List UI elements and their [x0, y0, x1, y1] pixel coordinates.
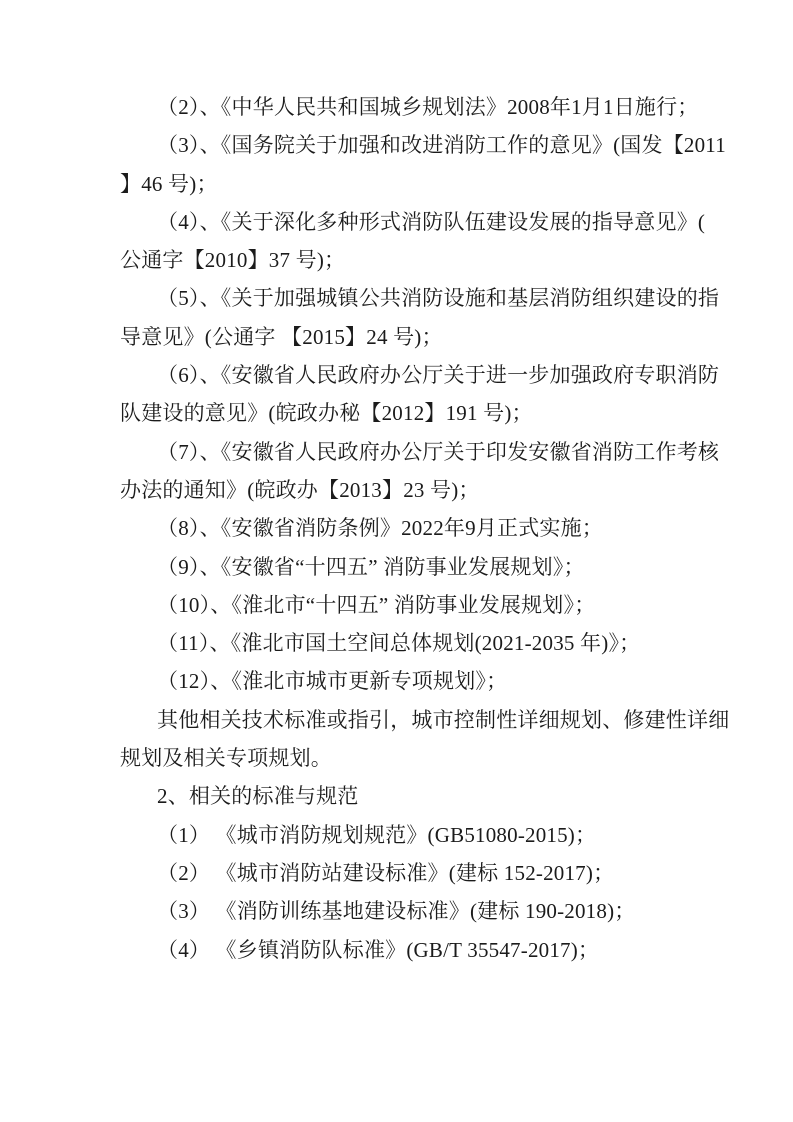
text-line: （4） 《乡镇消防队标准》(GB/T 35547-2017)； [120, 931, 676, 969]
text-line: （2） 《城市消防站建设标准》(建标 152-2017)； [120, 854, 676, 892]
text-line: 规划及相关专项规划。 [120, 739, 676, 777]
text-line: （5）、《关于加强城镇公共消防设施和基层消防组织建设的指 [120, 279, 676, 317]
text-line: （2）、《中华人民共和国城乡规划法》2008年1月1日施行； [120, 88, 676, 126]
text-line: 队建设的意见》(皖政办秘【2012】191 号)； [120, 394, 676, 432]
text-line: （3） 《消防训练基地建设标准》(建标 190-2018)； [120, 892, 676, 930]
text-line: 导意见》(公通字 【2015】24 号)； [120, 318, 676, 356]
text-line: （6）、《安徽省人民政府办公厅关于进一步加强政府专职消防 [120, 356, 676, 394]
text-line: 办法的通知》(皖政办【2013】23 号)； [120, 471, 676, 509]
text-line: （12）、《淮北市城市更新专项规划》； [120, 662, 676, 700]
text-line: 其他相关技术标准或指引，城市控制性详细规划、修建性详细 [120, 701, 676, 739]
text-line: （9）、《安徽省“十四五” 消防事业发展规划》； [120, 548, 676, 586]
text-line: （8）、《安徽省消防条例》2022年9月正式实施； [120, 509, 676, 547]
text-line: （4）、《关于深化多种形式消防队伍建设发展的指导意见》( [120, 203, 676, 241]
text-line: （3）、《国务院关于加强和改进消防工作的意见》(国发【2011 [120, 126, 676, 164]
text-line: （1） 《城市消防规划规范》(GB51080-2015)； [120, 816, 676, 854]
document-page: （2）、《中华人民共和国城乡规划法》2008年1月1日施行；（3）、《国务院关于… [0, 0, 793, 1122]
text-line: 2、相关的标准与规范 [120, 777, 676, 815]
text-line: 公通字【2010】37 号)； [120, 241, 676, 279]
text-line: （7）、《安徽省人民政府办公厅关于印发安徽省消防工作考核 [120, 433, 676, 471]
document-text-block: （2）、《中华人民共和国城乡规划法》2008年1月1日施行；（3）、《国务院关于… [120, 88, 676, 969]
text-line: 】46 号)； [120, 165, 676, 203]
text-line: （11）、《淮北市国土空间总体规划(2021-2035 年)》； [120, 624, 676, 662]
text-line: （10）、《淮北市“十四五” 消防事业发展规划》； [120, 586, 676, 624]
